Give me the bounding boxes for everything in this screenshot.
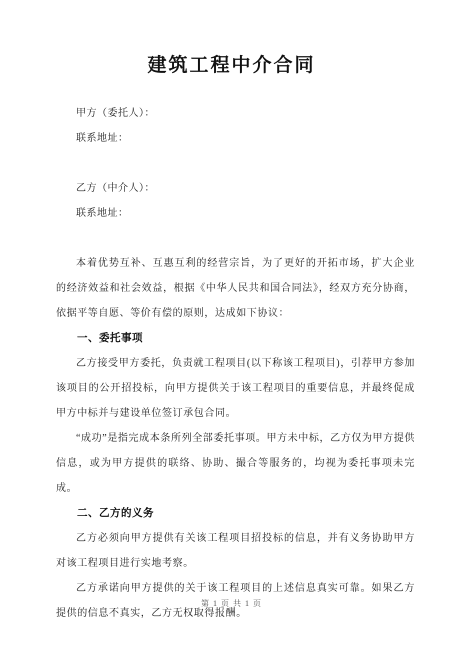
section-1-paragraph-2: “成功”是指完成本条所列全部委托事项。甲方未中标，乙方仅为甲方提供信息，或为甲方… (56, 426, 415, 501)
blank-line (56, 151, 415, 176)
section-1-paragraph-1: 乙方接受甲方委托，负责就工程项目(以下称该工程项目)，引荐甲方参加该项目的公开招… (56, 351, 415, 426)
section-heading-party-b-obligations: 二、乙方的义务 (56, 501, 415, 526)
party-a-address-label: 联系地址： (56, 126, 415, 151)
section-heading-entrusted-matters: 一、委托事项 (56, 326, 415, 351)
party-b-address-label: 联系地址： (56, 201, 415, 226)
document-page: 建筑工程中介合同 甲方（委托人）： 联系地址： 乙方（中介人）： 联系地址： 本… (0, 0, 463, 655)
party-a-label: 甲方（委托人）： (56, 101, 415, 126)
page-title: 建筑工程中介合同 (0, 0, 463, 82)
party-b-block: 乙方（中介人）： 联系地址： (56, 176, 415, 226)
document-body: 甲方（委托人）： 联系地址： 乙方（中介人）： 联系地址： 本着优势互补、互惠互… (0, 101, 463, 626)
party-a-block: 甲方（委托人）： 联系地址： (56, 101, 415, 151)
section-2-paragraph-1: 乙方必须向甲方提供有关该工程项目招投标的信息，并有义务协助甲方对该工程项目进行实… (56, 526, 415, 576)
page-number-footer: 第 1 页 共 1 页 (0, 598, 463, 609)
blank-line (56, 226, 415, 251)
preamble-paragraph: 本着优势互补、互惠互利的经营宗旨，为了更好的开拓市场，扩大企业的经济效益和社会效… (56, 251, 415, 326)
party-b-label: 乙方（中介人）： (56, 176, 415, 201)
